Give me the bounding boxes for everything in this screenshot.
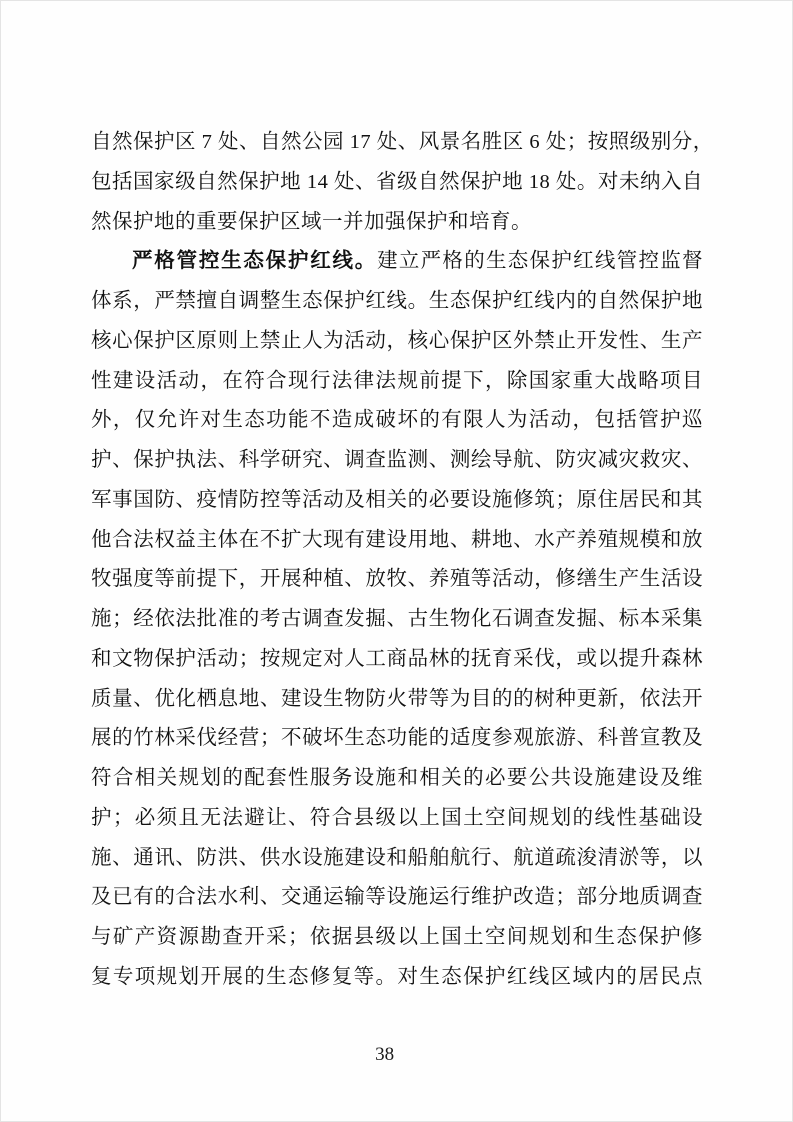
text-run: 与矿产资源勘查开采；依据县级以上国土空间规划和生态保护修	[91, 926, 703, 948]
text-line: 他合法权益主体在不扩大现有建设用地、耕地、水产养殖规模和放	[91, 521, 703, 561]
text-line: 展的竹林采伐经营；不破坏生态功能的适度参观旅游、科普宣教及	[91, 719, 703, 759]
paragraph-lead-bold: 严格管控生态保护红线。	[132, 250, 377, 272]
text-line: 核心保护区原则上禁止人为活动，核心保护区外禁止开发性、生产	[91, 322, 703, 362]
text-run: 和文物保护活动；按规定对人工商品林的抚育采伐，或以提升森林	[91, 648, 703, 670]
text-line: 外，仅允许对生态功能不造成破坏的有限人为活动，包括管护巡	[91, 401, 703, 441]
text-run: 体系，严禁擅自调整生态保护红线。生态保护红线内的自然保护地	[91, 290, 703, 312]
document-body: 自然保护区 7 处、自然公园 17 处、风景名胜区 6 处；按照级别分，包括国家…	[91, 123, 703, 998]
text-line: 和文物保护活动；按规定对人工商品林的抚育采伐，或以提升森林	[91, 640, 703, 680]
text-line: 严格管控生态保护红线。建立严格的生态保护红线管控监督	[91, 242, 703, 282]
text-line: 护；必须且无法避让、符合县级以上国土空间规划的线性基础设	[91, 799, 703, 839]
text-run: 然保护地的重要保护区域一并加强保护和培育。	[91, 211, 532, 233]
text-line: 护、保护执法、科学研究、调查监测、测绘导航、防灾减灾救灾、	[91, 441, 703, 481]
text-line: 牧强度等前提下，开展种植、放牧、养殖等活动，修缮生产生活设	[91, 560, 703, 600]
document-page: 自然保护区 7 处、自然公园 17 处、风景名胜区 6 处；按照级别分，包括国家…	[0, 0, 793, 1122]
text-line: 体系，严禁擅自调整生态保护红线。生态保护红线内的自然保护地	[91, 282, 703, 322]
text-run: 及已有的合法水利、交通运输等设施运行维护改造；部分地质调查	[91, 886, 703, 908]
text-line: 自然保护区 7 处、自然公园 17 处、风景名胜区 6 处；按照级别分，	[91, 123, 703, 163]
text-run: 他合法权益主体在不扩大现有建设用地、耕地、水产养殖规模和放	[91, 529, 703, 551]
text-line: 军事国防、疫情防控等活动及相关的必要设施修筑；原住居民和其	[91, 481, 703, 521]
page-number: 38	[1, 1041, 768, 1069]
text-run: 护、保护执法、科学研究、调查监测、测绘导航、防灾减灾救灾、	[91, 449, 703, 471]
text-line: 及已有的合法水利、交通运输等设施运行维护改造；部分地质调查	[91, 878, 703, 918]
text-run: 复专项规划开展的生态修复等。对生态保护红线区域内的居民点	[91, 966, 703, 988]
text-line: 符合相关规划的配套性服务设施和相关的必要公共设施建设及维	[91, 759, 703, 799]
text-run: 军事国防、疫情防控等活动及相关的必要设施修筑；原住居民和其	[91, 489, 703, 511]
text-run: 施；经依法批准的考古调查发掘、古生物化石调查发掘、标本采集	[91, 608, 703, 630]
text-line: 然保护地的重要保护区域一并加强保护和培育。	[91, 203, 703, 243]
text-line: 性建设活动，在符合现行法律法规前提下，除国家重大战略项目	[91, 362, 703, 402]
text-run: 自然保护区 7 处、自然公园 17 处、风景名胜区 6 处；按照级别分，	[91, 131, 703, 153]
text-line: 包括国家级自然保护地 14 处、省级自然保护地 18 处。对未纳入自	[91, 163, 703, 203]
text-run: 符合相关规划的配套性服务设施和相关的必要公共设施建设及维	[91, 767, 703, 789]
text-run: 核心保护区原则上禁止人为活动，核心保护区外禁止开发性、生产	[91, 330, 703, 352]
text-run: 外，仅允许对生态功能不造成破坏的有限人为活动，包括管护巡	[91, 409, 703, 431]
text-run: 性建设活动，在符合现行法律法规前提下，除国家重大战略项目	[91, 370, 703, 392]
text-run: 护；必须且无法避让、符合县级以上国土空间规划的线性基础设	[91, 807, 703, 829]
text-run: 展的竹林采伐经营；不破坏生态功能的适度参观旅游、科普宣教及	[91, 727, 703, 749]
text-line: 质量、优化栖息地、建设生物防火带等为目的的树种更新，依法开	[91, 680, 703, 720]
text-run: 建立严格的生态保护红线管控监督	[377, 250, 703, 272]
text-line: 施、通讯、防洪、供水设施建设和船舶航行、航道疏浚清淤等，以	[91, 839, 703, 879]
text-run: 牧强度等前提下，开展种植、放牧、养殖等活动，修缮生产生活设	[91, 568, 703, 590]
text-run: 包括国家级自然保护地 14 处、省级自然保护地 18 处。对未纳入自	[91, 171, 703, 193]
text-line: 复专项规划开展的生态修复等。对生态保护红线区域内的居民点	[91, 958, 703, 998]
text-run: 施、通讯、防洪、供水设施建设和船舶航行、航道疏浚清淤等，以	[91, 847, 703, 869]
text-run: 质量、优化栖息地、建设生物防火带等为目的的树种更新，依法开	[91, 688, 703, 710]
text-line: 与矿产资源勘查开采；依据县级以上国土空间规划和生态保护修	[91, 918, 703, 958]
text-line: 施；经依法批准的考古调查发掘、古生物化石调查发掘、标本采集	[91, 600, 703, 640]
